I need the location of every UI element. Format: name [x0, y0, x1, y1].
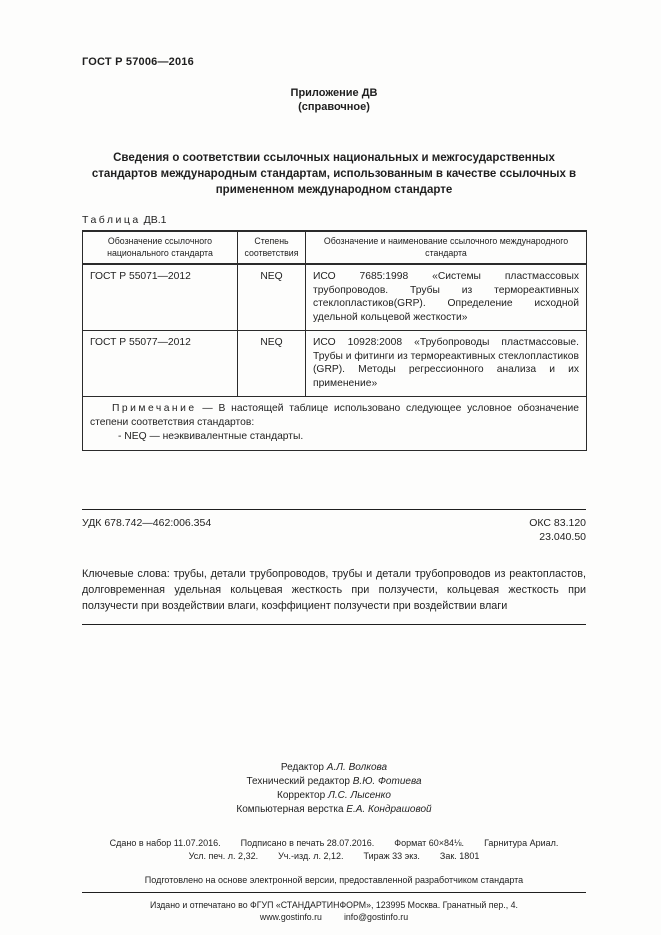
- cell-degree: NEQ: [238, 264, 306, 331]
- keywords-paragraph: Ключевые слова: трубы, детали трубопрово…: [82, 566, 586, 614]
- cell-degree: NEQ: [238, 331, 306, 397]
- column-header-international: Обозначение и наименование ссылочного ме…: [306, 231, 587, 264]
- credits-block: Редактор А.Л. Волкова Технический редакт…: [82, 761, 586, 817]
- note-paragraph: Примечание — В настоящей таблице использ…: [90, 402, 579, 429]
- cell-international-standard: ИСО 10928:2008 «Трубопроводы пластмассов…: [306, 331, 587, 397]
- oks-code-1: ОКС 83.120: [529, 516, 586, 530]
- credit-line: Корректор Л.С. Лысенко: [82, 789, 586, 803]
- table-row: ГОСТ Р 55071—2012 NEQ ИСО 7685:1998 «Сис…: [83, 264, 587, 331]
- appendix-heading: Приложение ДВ (справочное): [82, 86, 586, 114]
- publisher-block: Издано и отпечатано во ФГУП «СТАНДАРТИНФ…: [82, 899, 586, 924]
- credit-role: Технический редактор: [246, 776, 349, 787]
- table-caption-word: Таблица: [82, 214, 141, 226]
- imprint-segment: Гарнитура Ариал.: [484, 837, 558, 850]
- publisher-website: www.gostinfo.ru: [260, 911, 322, 924]
- publisher-address: Издано и отпечатано во ФГУП «СТАНДАРТИНФ…: [82, 899, 586, 912]
- appendix-line1: Приложение ДВ: [82, 86, 586, 100]
- divider-line: [82, 624, 586, 625]
- oks-codes: ОКС 83.120 23.040.50: [529, 516, 586, 544]
- udk-code: УДК 678.742—462:006.354: [82, 516, 211, 544]
- imprint-segment: Подписано в печать 28.07.2016.: [241, 837, 375, 850]
- table-note-cell: Примечание — В настоящей таблице использ…: [83, 397, 587, 451]
- cell-national-standard: ГОСТ Р 55071—2012: [83, 264, 238, 331]
- cell-national-standard: ГОСТ Р 55077—2012: [83, 331, 238, 397]
- standards-correspondence-table: Обозначение ссылочного национального ста…: [82, 230, 587, 451]
- credit-line: Технический редактор В.Ю. Фотиева: [82, 775, 586, 789]
- publisher-email: info@gostinfo.ru: [344, 911, 408, 924]
- column-header-national: Обозначение ссылочного национального ста…: [83, 231, 238, 264]
- divider-line: [82, 892, 586, 893]
- cell-international-standard: ИСО 7685:1998 «Системы пластмассовых тру…: [306, 264, 587, 331]
- imprint-segment: Формат 60×84⅛.: [394, 837, 464, 850]
- imprint-segment: Тираж 33 экз.: [363, 850, 419, 863]
- table-row: ГОСТ Р 55077—2012 NEQ ИСО 10928:2008 «Тр…: [83, 331, 587, 397]
- column-header-degree: Степень соответствия: [238, 231, 306, 264]
- imprint-segment: Усл. печ. л. 2,32.: [189, 850, 258, 863]
- table-caption: Таблица ДВ.1: [82, 214, 586, 226]
- table-note-row: Примечание — В настоящей таблице использ…: [83, 397, 587, 451]
- credit-role: Редактор: [281, 762, 324, 773]
- divider-line: [82, 509, 586, 510]
- imprint-line-1: Сдано в набор 11.07.2016. Подписано в пе…: [82, 837, 586, 850]
- imprint-segment: Зак. 1801: [440, 850, 479, 863]
- credit-name: В.Ю. Фотиева: [353, 776, 422, 787]
- credit-name: А.Л. Волкова: [327, 762, 387, 773]
- credit-name: Е.А. Кондрашовой: [346, 804, 431, 815]
- oks-code-2: 23.040.50: [529, 530, 586, 544]
- imprint-line-2: Усл. печ. л. 2,32. Уч.-изд. л. 2,12. Тир…: [82, 850, 586, 863]
- table-header-row: Обозначение ссылочного национального ста…: [83, 231, 587, 264]
- publisher-contacts: www.gostinfo.ru info@gostinfo.ru: [82, 911, 586, 924]
- page-title: Сведения о соответствии ссылочных национ…: [82, 150, 586, 198]
- note-label: Примечание: [112, 403, 197, 414]
- doc-number: ГОСТ Р 57006—2016: [82, 56, 586, 68]
- imprint-segment: Сдано в набор 11.07.2016.: [110, 837, 221, 850]
- note-item: - NEQ — неэквивалентные стандарты.: [90, 430, 579, 444]
- appendix-line2: (справочное): [82, 100, 586, 114]
- document-page: ГОСТ Р 57006—2016 Приложение ДВ (справоч…: [0, 0, 661, 935]
- imprint-block: Сдано в набор 11.07.2016. Подписано в пе…: [82, 837, 586, 863]
- table-caption-number: ДВ.1: [144, 214, 167, 226]
- credit-line: Компьютерная верстка Е.А. Кондрашовой: [82, 803, 586, 817]
- credit-line: Редактор А.Л. Волкова: [82, 761, 586, 775]
- credit-role: Корректор: [277, 790, 325, 801]
- imprint-segment: Уч.-изд. л. 2,12.: [278, 850, 343, 863]
- prepared-note: Подготовлено на основе электронной верси…: [82, 875, 586, 885]
- codes-row: УДК 678.742—462:006.354 ОКС 83.120 23.04…: [82, 516, 586, 544]
- credit-name: Л.С. Лысенко: [328, 790, 391, 801]
- credit-role: Компьютерная верстка: [236, 804, 343, 815]
